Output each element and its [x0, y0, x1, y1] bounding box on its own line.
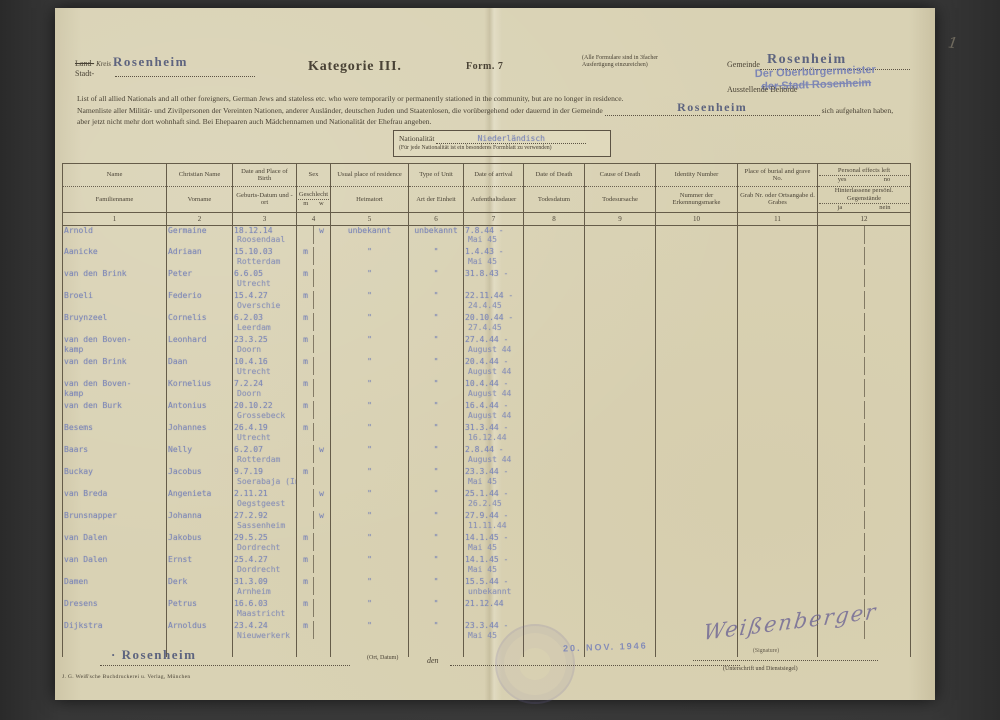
intro-paragraph: List of all allied Nationals and all oth… [77, 93, 919, 127]
sex-split: m [298, 467, 329, 485]
cell-name: van den Brink [63, 357, 167, 379]
vorname-line: Kornelius [168, 379, 231, 389]
cell-birth: 7.2.24Doorn [233, 379, 297, 401]
vorname-line: Daan [168, 357, 231, 367]
birth-place-line: Sassenheim [234, 521, 295, 531]
cell-identity-number [656, 269, 738, 291]
cell-death-cause [585, 511, 656, 533]
cell-death-cause [585, 247, 656, 269]
cell-birth: 16.6.03Maastricht [233, 599, 297, 621]
cell-vorname: Petrus [167, 599, 233, 621]
table-header: NameChristian NameDate and Place of Birt… [63, 164, 911, 226]
birth-place-line: Overschie [234, 301, 295, 311]
sex-w [314, 379, 329, 397]
cell-residence: " [331, 577, 409, 599]
cell-identity-number [656, 225, 738, 247]
cell-vorname: Germaine [167, 225, 233, 247]
cell-residence: " [331, 379, 409, 401]
cell-name: Dresens [63, 599, 167, 621]
vorname-line: Adriaan [168, 247, 231, 257]
cell-effects [818, 445, 911, 467]
sex-m: m [298, 467, 314, 485]
district-field: Land- Kreis Rosenheim Stadt- [75, 57, 188, 78]
col-header-de: Hinterlassene persönl. Gegenständejanein [818, 187, 911, 213]
cell-stay: 20.10.44 -27.4.45 [464, 313, 524, 335]
col-header-en: Date and Place of Birth [233, 164, 297, 187]
signature-caption: (Unterschrift und Dienstsiegel) [723, 666, 798, 673]
unit-line: " [410, 489, 462, 499]
effects-no [865, 489, 910, 507]
stay-to-line: Mai 45 [465, 235, 522, 245]
cell-burial-place [738, 401, 818, 423]
cell-name: Brunsnapper [63, 511, 167, 533]
stay-from-line: 14.1.45 - [465, 555, 522, 565]
cell-burial-place [738, 423, 818, 445]
col-header-en: Christian Name [167, 164, 233, 187]
stay-from-line: 25.1.44 - [465, 489, 522, 499]
cell-sex: m [297, 247, 331, 269]
cell-death-cause [585, 225, 656, 247]
kreis-label: Kreis [96, 60, 111, 68]
cell-sex: m [297, 599, 331, 621]
col-header-number: 11 [738, 212, 818, 225]
sex-split: w [298, 445, 329, 463]
birth-date-line: 9.7.19 [234, 467, 295, 477]
sex-m: m [298, 291, 314, 309]
birth-date-line: 23.4.24 [234, 621, 295, 631]
cell-birth: 6.2.03Leerdam [233, 313, 297, 335]
effects-yes [819, 291, 865, 309]
residence-line: " [332, 533, 407, 543]
cell-death-cause [585, 423, 656, 445]
sex-m: m [298, 247, 314, 265]
cell-death-cause [585, 599, 656, 621]
sex-m: m [298, 577, 314, 595]
sex-w [314, 269, 329, 287]
effects-no [865, 269, 910, 287]
effects-yes [819, 357, 865, 375]
sex-split: m [298, 599, 329, 617]
cell-residence: " [331, 555, 409, 577]
cell-vorname: Derk [167, 577, 233, 599]
cell-birth: 25.4.27Dordrecht [233, 555, 297, 577]
sex-split: m [298, 577, 329, 595]
cell-death-date [524, 247, 585, 269]
birth-date-line: 27.2.92 [234, 511, 295, 521]
cell-unit: " [409, 423, 464, 445]
col-header-de: Todesdatum [524, 187, 585, 213]
cell-death-cause [585, 357, 656, 379]
cell-identity-number [656, 401, 738, 423]
cell-identity-number [656, 467, 738, 489]
residence-line: " [332, 379, 407, 389]
cell-vorname: Peter [167, 269, 233, 291]
birth-date-line: 15.10.03 [234, 247, 295, 257]
cell-effects [818, 577, 911, 599]
table-row: DamenDerk31.3.09Arnheimm""15.5.44 -unbek… [63, 577, 911, 599]
name-line: van den Boven- [64, 335, 165, 345]
name-line: van Dalen [64, 533, 165, 543]
cell-unit: " [409, 379, 464, 401]
stay-to-line: August 44 [465, 411, 522, 421]
residence-line: " [332, 313, 407, 323]
sex-m: m [298, 335, 314, 353]
birth-place-line: Dordrecht [234, 565, 295, 575]
sex-m: m [298, 555, 314, 573]
name-line: Broeli [64, 291, 165, 301]
cell-stay: 27.9.44 -11.11.44 [464, 511, 524, 533]
stay-from-line: 23.3.44 - [465, 467, 522, 477]
effects-split [819, 577, 909, 595]
sex-w [314, 357, 329, 375]
sex-split: m [298, 533, 329, 551]
cell-birth: 18.12.14Roosendaal [233, 225, 297, 247]
cell-birth: 9.7.19Soerabaja (Indien) [233, 467, 297, 489]
sex-w [314, 621, 329, 639]
cell-birth: 6.2.07Rotterdam [233, 445, 297, 467]
col-header-number: 9 [585, 212, 656, 225]
cell-vorname: Johannes [167, 423, 233, 445]
sex-split: m [298, 379, 329, 397]
cell-unit: " [409, 599, 464, 621]
cell-death-cause [585, 577, 656, 599]
cell-identity-number [656, 379, 738, 401]
cell-death-cause [585, 555, 656, 577]
cell-name: Arnold [63, 225, 167, 247]
cell-residence: " [331, 511, 409, 533]
cell-vorname: Federio [167, 291, 233, 313]
cell-sex: m [297, 423, 331, 445]
cell-unit: " [409, 511, 464, 533]
sub-label: nein [879, 204, 890, 212]
stay-from-line: 31.8.43 - [465, 269, 522, 279]
cell-effects [818, 533, 911, 555]
stay-to-line: Mai 45 [465, 257, 522, 267]
residence-line: unbekannt [332, 226, 407, 236]
vorname-line: Johanna [168, 511, 231, 521]
cell-death-date [524, 489, 585, 511]
vorname-line: Ernst [168, 555, 231, 565]
sub-label: m [303, 200, 308, 208]
cell-identity-number [656, 247, 738, 269]
cell-birth: 26.4.19Utrecht [233, 423, 297, 445]
birth-place-line: Utrecht [234, 367, 295, 377]
name-line: van den Brink [64, 269, 165, 279]
sub-label: w [319, 200, 324, 208]
effects-no [865, 357, 910, 375]
birth-date-line: 7.2.24 [234, 379, 295, 389]
effects-yes [819, 533, 865, 551]
birth-place-line: Rotterdam [234, 455, 295, 465]
table-row: van DalenJakobus29.5.25Dordrechtm""14.1.… [63, 533, 911, 555]
stay-from-line: 7.8.44 - [465, 226, 522, 236]
cell-vorname: Adriaan [167, 247, 233, 269]
cell-identity-number [656, 313, 738, 335]
effects-split [819, 555, 909, 573]
col-header-en: Place of burial and grave No. [738, 164, 818, 187]
residence-line: " [332, 555, 407, 565]
sex-split: m [298, 291, 329, 309]
sex-split: w [298, 489, 329, 507]
cell-death-cause [585, 445, 656, 467]
birth-place-line: Dordrecht [234, 543, 295, 553]
effects-no [865, 533, 910, 551]
cell-unit: " [409, 577, 464, 599]
table-row: ArnoldGermaine18.12.14Roosendaalwunbekan… [63, 225, 911, 247]
col-header-de: Todesursache [585, 187, 656, 213]
cell-death-cause [585, 533, 656, 555]
sex-m [298, 445, 314, 463]
effects-split [819, 401, 909, 419]
vorname-line: Petrus [168, 599, 231, 609]
stay-to-line: 16.12.44 [465, 433, 522, 443]
cell-death-date [524, 555, 585, 577]
printer-imprint: J. G. Weiß'sche Buchdruckerei u. Verlag,… [62, 674, 190, 680]
cell-residence: " [331, 467, 409, 489]
birth-place-line: Doorn [234, 345, 295, 355]
birth-place-line: Arnheim [234, 587, 295, 597]
birth-date-line: 6.6.05 [234, 269, 295, 279]
cell-unit: " [409, 555, 464, 577]
col-header-de: Art der Einheit [409, 187, 464, 213]
birth-date-line: 15.4.27 [234, 291, 295, 301]
birth-date-line: 29.5.25 [234, 533, 295, 543]
cell-effects [818, 247, 911, 269]
cell-death-date [524, 379, 585, 401]
cell-birth: 27.2.92Sassenheim [233, 511, 297, 533]
stay-to-line: 27.4.45 [465, 323, 522, 333]
sex-w: w [314, 445, 329, 463]
residence-line: " [332, 577, 407, 587]
cell-burial-place [738, 313, 818, 335]
cell-birth: 15.4.27Overschie [233, 291, 297, 313]
sex-split: m [298, 357, 329, 375]
effects-no [865, 577, 910, 595]
cell-burial-place [738, 335, 818, 357]
cell-death-date [524, 291, 585, 313]
cell-stay: 15.5.44 -unbekannt [464, 577, 524, 599]
birth-place-line: Utrecht [234, 433, 295, 443]
col-header-de: Aufenthaltsdauer [464, 187, 524, 213]
col-header-en: Personal effects leftyesno [818, 164, 911, 187]
unit-line: " [410, 621, 462, 631]
effects-split [819, 226, 909, 244]
cell-effects [818, 357, 911, 379]
sex-split: m [298, 269, 329, 287]
effects-split [819, 511, 909, 529]
cell-name: Besems [63, 423, 167, 445]
vorname-line: Nelly [168, 445, 231, 455]
cell-sex: m [297, 555, 331, 577]
cell-death-date [524, 533, 585, 555]
table-body: ArnoldGermaine18.12.14Roosendaalwunbekan… [63, 225, 911, 657]
cell-burial-place [738, 445, 818, 467]
stay-from-line: 10.4.44 - [465, 379, 522, 389]
cell-stay: 21.12.44 [464, 599, 524, 621]
residence-line: " [332, 335, 407, 345]
cell-vorname: Antonius [167, 401, 233, 423]
cell-unit: " [409, 269, 464, 291]
cell-effects [818, 269, 911, 291]
cell-burial-place [738, 291, 818, 313]
effects-split [819, 467, 909, 485]
effects-no [865, 445, 910, 463]
sex-m: m [298, 621, 314, 639]
stay-to-line: August 44 [465, 455, 522, 465]
cell-birth: 2.11.21Oegstgeest [233, 489, 297, 511]
ort-dotted-line [100, 665, 350, 666]
cell-stay: 27.4.44 -August 44 [464, 335, 524, 357]
stay-from-line: 14.1.45 - [465, 533, 522, 543]
cell-death-cause [585, 269, 656, 291]
stay-from-line: 20.10.44 - [465, 313, 522, 323]
col-header-en: Cause of Death [585, 164, 656, 187]
unit-line: " [410, 511, 462, 521]
sex-m [298, 226, 314, 244]
cell-residence: " [331, 533, 409, 555]
cell-death-date [524, 313, 585, 335]
birth-date-line: 18.12.14 [234, 226, 295, 236]
sex-split: w [298, 511, 329, 529]
col-header-de: Geschlechtmw [297, 187, 331, 213]
sex-split: m [298, 401, 329, 419]
table-row: BesemsJohannes26.4.19Utrechtm""31.3.44 -… [63, 423, 911, 445]
effects-split [819, 269, 909, 287]
cell-death-cause [585, 467, 656, 489]
cell-stay: 31.8.43 - [464, 269, 524, 291]
cell-residence: " [331, 291, 409, 313]
cell-name: Broeli [63, 291, 167, 313]
cell-residence: " [331, 269, 409, 291]
cell-death-date [524, 445, 585, 467]
birth-place-line: Grossebeck [234, 411, 295, 421]
cell-effects [818, 511, 911, 533]
effects-no [865, 226, 910, 244]
signature-note: (Signature) [753, 648, 779, 654]
cell-sex: w [297, 489, 331, 511]
cell-effects [818, 423, 911, 445]
residence-line: " [332, 511, 407, 521]
stay-to-line: Mai 45 [465, 565, 522, 575]
name-line: Besems [64, 423, 165, 433]
cell-unit: " [409, 313, 464, 335]
residence-line: " [332, 423, 407, 433]
cell-vorname: Jacobus [167, 467, 233, 489]
vorname-line: Federio [168, 291, 231, 301]
vorname-line: Cornelis [168, 313, 231, 323]
cell-name: Damen [63, 577, 167, 599]
stay-to-line: August 44 [465, 367, 522, 377]
table-row: van den BrinkPeter6.6.05Utrechtm""31.8.4… [63, 269, 911, 291]
land-label: Land- [75, 59, 94, 68]
cell-identity-number [656, 357, 738, 379]
cell-birth: 20.10.22Grossebeck [233, 401, 297, 423]
cell-sex: m [297, 313, 331, 335]
header-row-numbers: 123456789101112 [63, 212, 911, 225]
col-header-number: 8 [524, 212, 585, 225]
cell-vorname: Leonhard [167, 335, 233, 357]
name-line: van Breda [64, 489, 165, 499]
filler-cell [409, 643, 464, 657]
unit-line: " [410, 555, 462, 565]
cell-stay: 14.1.45 -Mai 45 [464, 533, 524, 555]
cell-identity-number [656, 511, 738, 533]
cell-identity-number [656, 555, 738, 577]
col-header-number: 1 [63, 212, 167, 225]
cell-vorname: Nelly [167, 445, 233, 467]
cell-burial-place [738, 379, 818, 401]
cell-death-date [524, 467, 585, 489]
cell-name: van den Burk [63, 401, 167, 423]
cell-effects [818, 313, 911, 335]
sex-m: m [298, 379, 314, 397]
cell-sex: m [297, 467, 331, 489]
intro-line-en: List of all allied Nationals and all oth… [77, 93, 919, 104]
col-header-de: Familienname [63, 187, 167, 213]
col-header-number: 3 [233, 212, 297, 225]
effects-yes [819, 226, 865, 244]
cell-stay: 10.4.44 -August 44 [464, 379, 524, 401]
cell-effects [818, 467, 911, 489]
cell-vorname: Johanna [167, 511, 233, 533]
cell-unit: unbekannt [409, 225, 464, 247]
signature-dotted-line [693, 660, 878, 661]
cell-death-date [524, 269, 585, 291]
effects-split [819, 357, 909, 375]
col-header-number: 5 [331, 212, 409, 225]
sex-m: m [298, 533, 314, 551]
col-header-en: Type of Unit [409, 164, 464, 187]
intro-line-de1: Namenliste aller Militär- und Zivilperso… [77, 104, 919, 116]
cell-burial-place [738, 577, 818, 599]
district-dotted-line [115, 76, 255, 77]
cell-vorname: Arnoldus [167, 621, 233, 643]
birth-date-line: 6.2.03 [234, 313, 295, 323]
cell-vorname: Ernst [167, 555, 233, 577]
effects-split [819, 335, 909, 353]
table-row: AanickeAdriaan15.10.03Rotterdamm""1.4.43… [63, 247, 911, 269]
cell-effects [818, 225, 911, 247]
table-row: BrunsnapperJohanna27.2.92Sassenheimw""27… [63, 511, 911, 533]
unit-line: " [410, 379, 462, 389]
cell-death-date [524, 335, 585, 357]
stay-from-line: 20.4.44 - [465, 357, 522, 367]
cell-residence: unbekannt [331, 225, 409, 247]
col-header-number: 10 [656, 212, 738, 225]
name-line2: kamp [64, 389, 165, 399]
vorname-line: Jacobus [168, 467, 231, 477]
col-header-number: 12 [818, 212, 911, 225]
stay-to-line: 24.4.45 [465, 301, 522, 311]
birth-date-line: 23.3.25 [234, 335, 295, 345]
cell-residence: " [331, 401, 409, 423]
official-seal-stamp [495, 624, 575, 704]
cell-unit: " [409, 401, 464, 423]
cell-stay: 7.8.44 -Mai 45 [464, 225, 524, 247]
effects-yes [819, 511, 865, 529]
cell-residence: " [331, 357, 409, 379]
cell-stay: 25.1.44 -26.2.45 [464, 489, 524, 511]
cell-burial-place [738, 225, 818, 247]
unit-line: " [410, 357, 462, 367]
name-line: Brunsnapper [64, 511, 165, 521]
cell-stay: 31.3.44 -16.12.44 [464, 423, 524, 445]
effects-split [819, 533, 909, 551]
sex-m: m [298, 269, 314, 287]
name-line: Buckay [64, 467, 165, 477]
stay-from-line: 27.4.44 - [465, 335, 522, 345]
header-row-english: NameChristian NameDate and Place of Birt… [63, 164, 911, 187]
